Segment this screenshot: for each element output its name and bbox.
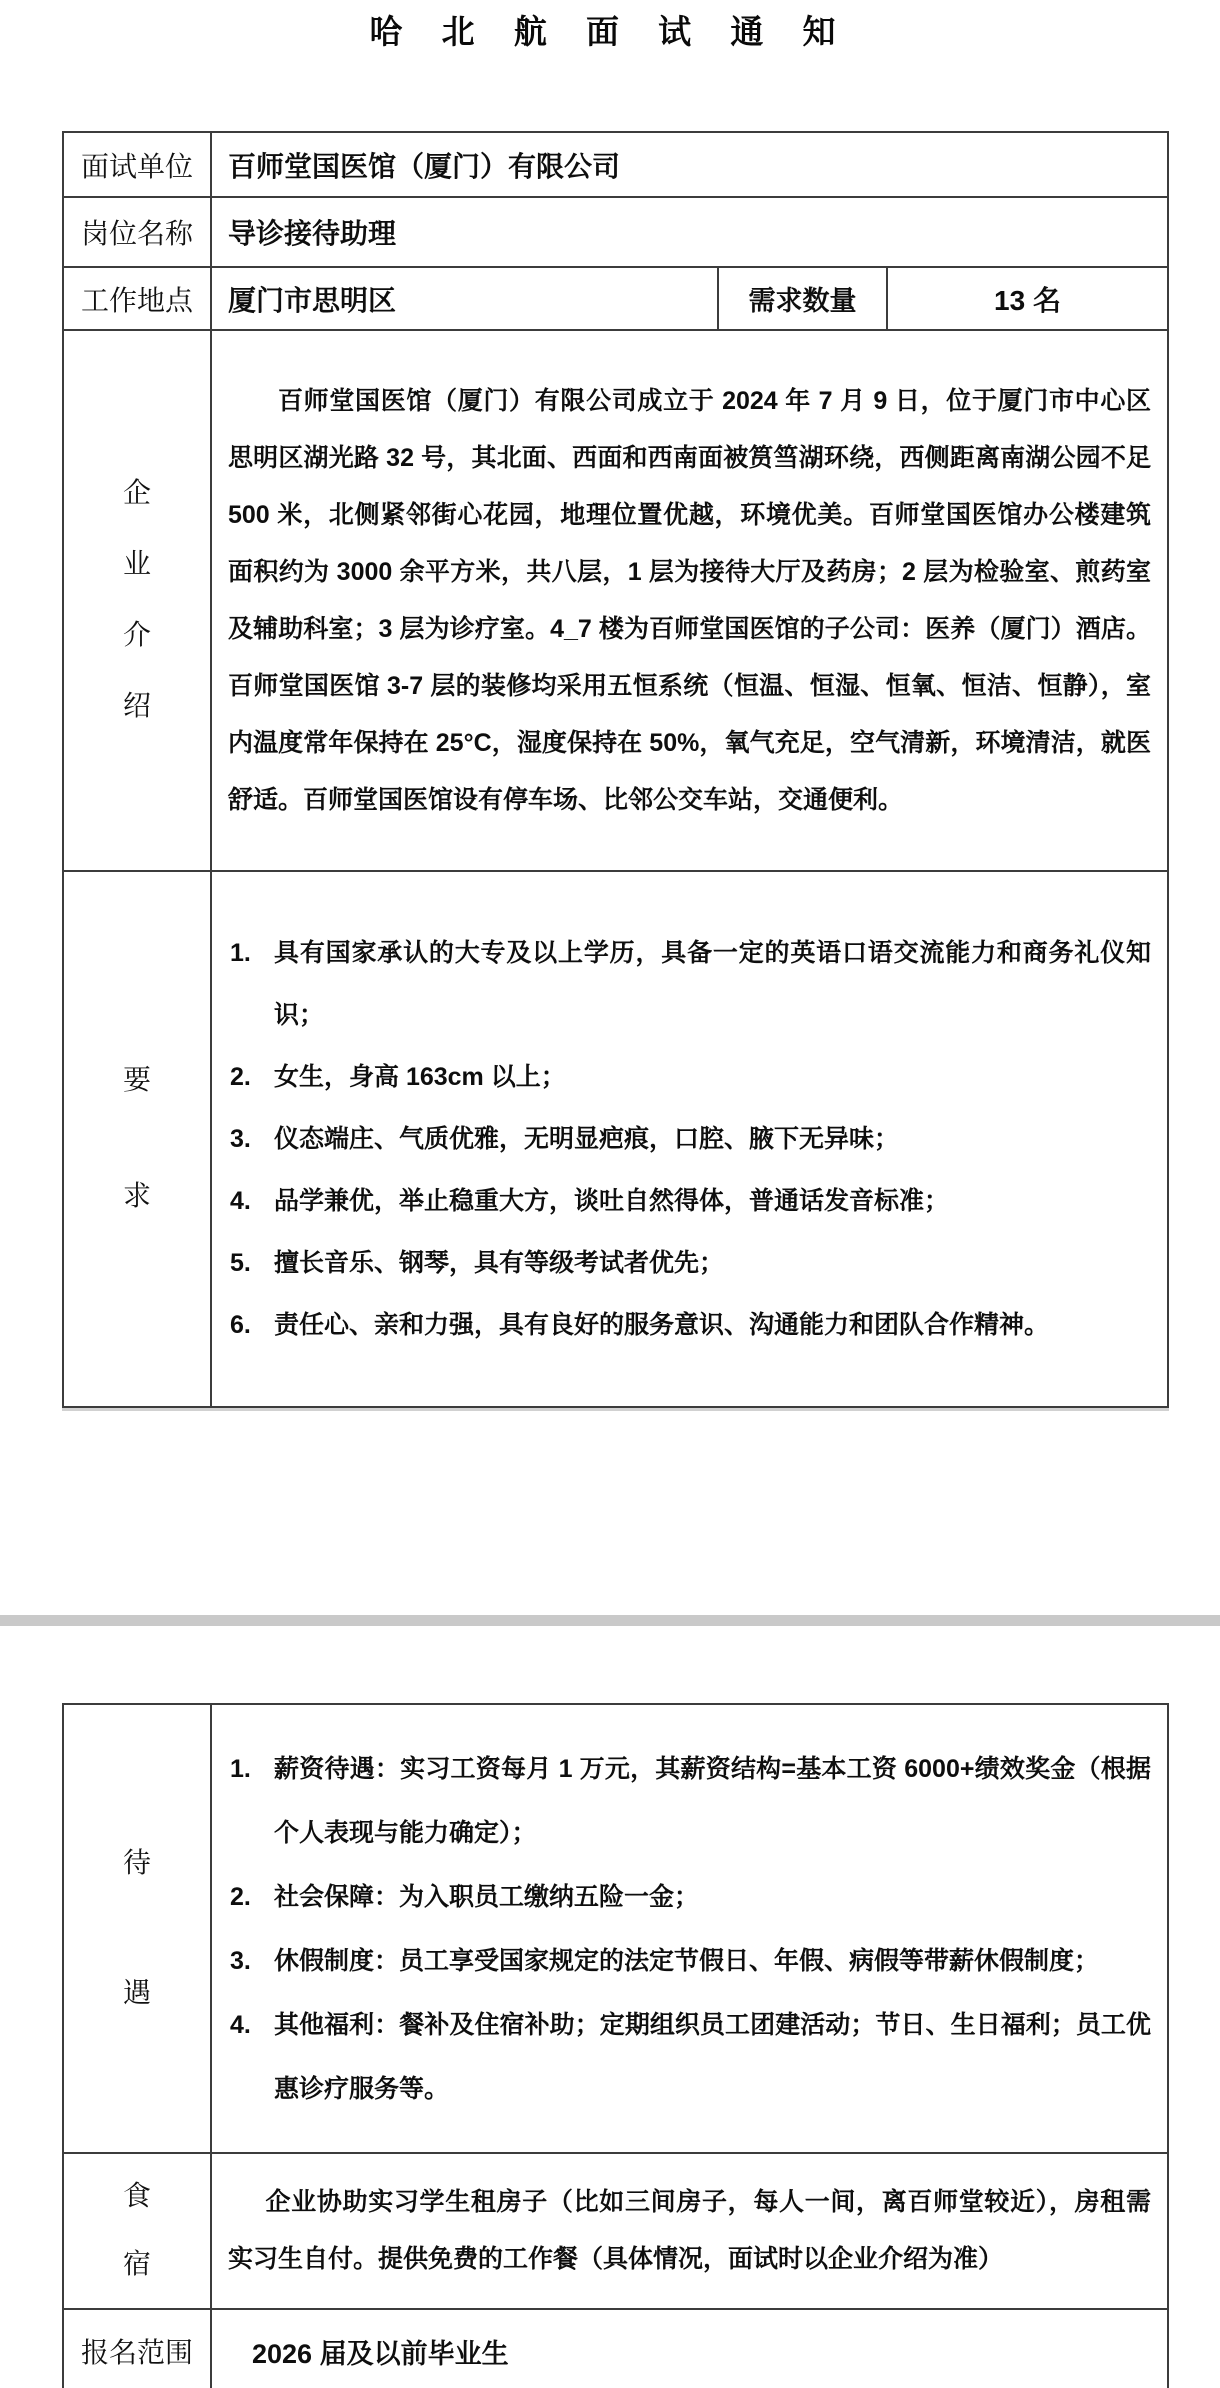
row-company-intro: 企 业 介 绍 百师堂国医馆（厦门）有限公司成立于 2024 年 7 月 9 日… <box>64 329 1167 870</box>
page-break-divider <box>0 1615 1220 1626</box>
requirements-list: 1. 具有国家承认的大专及以上学历，具备一定的英语口语交流能力和商务礼仪知识； … <box>212 872 1167 1406</box>
company-intro-label: 企 业 介 绍 <box>64 331 212 870</box>
benefit-item: 2. 社会保障：为入职员工缴纳五险一金； <box>230 1865 1151 1929</box>
requirement-item: 1. 具有国家承认的大专及以上学历，具备一定的英语口语交流能力和商务礼仪知识； <box>230 922 1151 1046</box>
interview-unit-label: 面试单位 <box>64 133 212 196</box>
accommodation-label: 食 宿 <box>64 2154 212 2308</box>
headcount-value: 13 名 <box>888 268 1167 329</box>
company-intro-text: 百师堂国医馆（厦门）有限公司成立于 2024 年 7 月 9 日，位于厦门市中心… <box>228 373 1151 829</box>
work-location-label: 工作地点 <box>64 268 212 329</box>
scope-label: 报名范围 <box>64 2310 212 2388</box>
row-scope: 报名范围 2026 届及以前毕业生 <box>64 2308 1167 2388</box>
benefits-list: 1. 薪资待遇：实习工资每月 1 万元，其薪资结构=基本工资 6000+绩效奖金… <box>212 1705 1167 2152</box>
headcount-label: 需求数量 <box>717 268 888 329</box>
requirement-item: 3. 仪态端庄、气质优雅，无明显疤痕，口腔、腋下无异味； <box>230 1108 1151 1170</box>
page-title: 哈 北 航 面 试 通 知 <box>0 6 1220 53</box>
job-title-value: 导诊接待助理 <box>212 198 1167 266</box>
accommodation-cell: 企业协助实习学生租房子（比如三间房子，每人一间，离百师堂较近），房租需实习生自付… <box>212 2154 1167 2308</box>
job-title-label: 岗位名称 <box>64 198 212 266</box>
row-accommodation: 食 宿 企业协助实习学生租房子（比如三间房子，每人一间，离百师堂较近），房租需实… <box>64 2152 1167 2308</box>
requirement-item: 2. 女生，身高 163cm 以上； <box>230 1046 1151 1108</box>
requirement-item: 4. 品学兼优，举止稳重大方，谈吐自然得体，普通话发音标准； <box>230 1170 1151 1232</box>
work-location-value: 厦门市思明区 <box>212 268 717 329</box>
requirement-item: 5. 擅长音乐、钢琴，具有等级考试者优先； <box>230 1232 1151 1294</box>
row-work-location: 工作地点 厦门市思明区 需求数量 13 名 <box>64 266 1167 329</box>
requirement-item: 6. 责任心、亲和力强，具有良好的服务意识、沟通能力和团队合作精神。 <box>230 1294 1151 1356</box>
row-requirements: 要 求 1. 具有国家承认的大专及以上学历，具备一定的英语口语交流能力和商务礼仪… <box>64 870 1167 1406</box>
benefit-item: 4. 其他福利：餐补及住宿补助；定期组织员工团建活动；节日、生日福利；员工优惠诊… <box>230 1993 1151 2121</box>
benefits-table: 待 遇 1. 薪资待遇：实习工资每月 1 万元，其薪资结构=基本工资 6000+… <box>62 1703 1169 2388</box>
requirements-label: 要 求 <box>64 872 212 1406</box>
benefit-item: 1. 薪资待遇：实习工资每月 1 万元，其薪资结构=基本工资 6000+绩效奖金… <box>230 1737 1151 1865</box>
job-info-table: 面试单位 百师堂国医馆（厦门）有限公司 岗位名称 导诊接待助理 工作地点 厦门市… <box>62 131 1169 1408</box>
interview-notice-page: 哈 北 航 面 试 通 知 面试单位 百师堂国医馆（厦门）有限公司 岗位名称 导… <box>0 0 1220 2388</box>
benefit-item: 3. 休假制度：员工享受国家规定的法定节假日、年假、病假等带薪休假制度； <box>230 1929 1151 1993</box>
scope-value: 2026 届及以前毕业生 <box>212 2310 1167 2388</box>
benefits-label: 待 遇 <box>64 1705 212 2152</box>
company-intro-cell: 百师堂国医馆（厦门）有限公司成立于 2024 年 7 月 9 日，位于厦门市中心… <box>212 331 1167 870</box>
interview-unit-value: 百师堂国医馆（厦门）有限公司 <box>212 133 1167 196</box>
accommodation-text: 企业协助实习学生租房子（比如三间房子，每人一间，离百师堂较近），房租需实习生自付… <box>228 2174 1151 2288</box>
row-interview-unit: 面试单位 百师堂国医馆（厦门）有限公司 <box>64 133 1167 196</box>
row-benefits: 待 遇 1. 薪资待遇：实习工资每月 1 万元，其薪资结构=基本工资 6000+… <box>64 1705 1167 2152</box>
row-job-title: 岗位名称 导诊接待助理 <box>64 196 1167 266</box>
